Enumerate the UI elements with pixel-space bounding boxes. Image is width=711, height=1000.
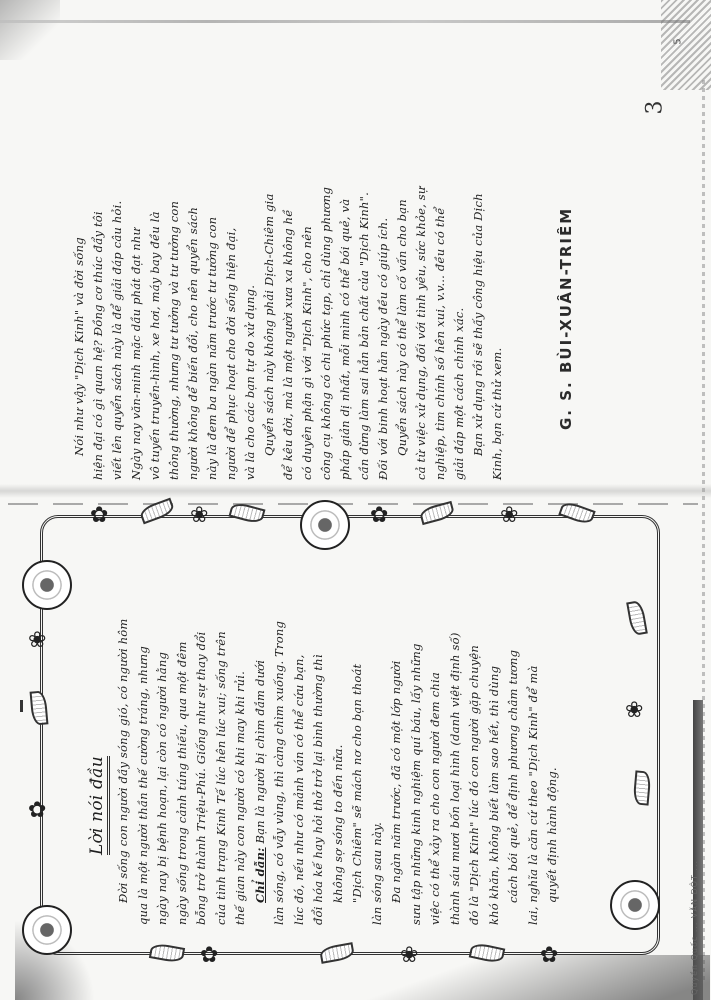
paragraph: Chỉ dẫn: Bạn là người bị chìm đắm dưới l… — [251, 535, 349, 925]
left-page-text: Lời nói đầu Đời sống con người đầy sóng … — [80, 535, 563, 925]
text-line: Chỉ dẫn: Bạn là người bị chìm đắm dưới — [251, 535, 271, 925]
text-line: thông thường, nhưng tư tưởng và tư tưởng… — [165, 100, 184, 480]
text-line: sưu tập những kinh nghiệm quí báu, lấy n… — [407, 535, 427, 925]
text-line: Ngày nay văn-minh mặc dầu phát đạt như — [127, 100, 146, 480]
lotus-flower-icon — [22, 905, 72, 955]
text-line: cách bói quẻ, để định phương châm tương — [504, 535, 524, 925]
flower-icon: ❀ — [28, 630, 46, 652]
right-page-text: Nói như vậy "Dịch Kinh" và đời sống hiện… — [70, 100, 507, 480]
text-line: qua là một người thần thế cường tráng, n… — [134, 535, 154, 925]
book-edge — [0, 20, 690, 23]
library-stamp: Quyền Quốc ... VĂN ĐỘT ... — [690, 860, 699, 995]
text-line: công cụ không có chi phức tạp, chỉ dùng … — [317, 100, 336, 480]
text-line: khó khăn, không biết làm sao hết, thì dù… — [485, 535, 505, 925]
lotus-flower-icon — [22, 560, 72, 610]
flower-icon: ✿ — [370, 505, 388, 527]
text-line: người không để biến đổi, cho nên quyển s… — [184, 100, 203, 480]
paragraph: Đa ngàn năm trước, đã có một lớp người s… — [387, 535, 563, 925]
text-line: nghiệp, tìm chính số hên xui, v.v... đều… — [431, 100, 450, 480]
text-line: và là cho các bạn tự do xử dụng. — [241, 100, 260, 480]
flower-icon: ❀ — [500, 505, 518, 527]
text-line: không sợ sóng to đến nữa. — [329, 535, 349, 925]
lotus-flower-icon — [610, 880, 660, 930]
text-line: Đối với binh hoạt hằn ngày đều có giúp í… — [374, 100, 393, 480]
text-line: cả từ việc xử dụng, đối với tình yêu, sứ… — [412, 100, 431, 480]
text-line: Quyển sách này có thể làm cố vấn cho bạn — [393, 100, 412, 480]
text-line: Đa ngàn năm trước, đã có một lớp người — [387, 535, 407, 925]
paragraph: "Dịch Chiêm" sẽ mách nơ cho bạn thoát là… — [348, 535, 387, 925]
text-line: cần đừng làm sai hẳn bản chất của "Dịch … — [355, 100, 374, 480]
text-line: có duyên phận gì với "Dịch Kinh", cho nê… — [298, 100, 317, 480]
text-line: để kêu đời, mà là một người xưa xa không… — [279, 100, 298, 480]
text-line: lúc đó, nếu như có mảnh ván có thể cứu b… — [290, 535, 310, 925]
text-line: đó là "Dịch Kinh" lúc đó con người gặp c… — [465, 535, 485, 925]
text-line: Đời sống con người đầy sóng gió, có ngườ… — [114, 535, 134, 925]
text-line: này là đem ba ngàn năm trước tư tưởng co… — [203, 100, 222, 480]
text-line: giải đáp một cách chính xác. — [450, 100, 469, 480]
text-line: Kinh, bạn cứ thử xem. — [488, 100, 507, 480]
book-spine-line — [8, 503, 698, 505]
paragraph: Quyển sách này có thể làm cố vấn cho bạn… — [393, 100, 469, 480]
text-line: bỗng trở thành Triệu-Phú. Giống như sự t… — [192, 535, 212, 925]
text-line: pháp giản dị nhất, mỗi mình có thể bói q… — [336, 100, 355, 480]
leaf-icon — [633, 770, 652, 805]
guide-label: Chỉ dẫn: — [253, 847, 267, 903]
text-line: vô tuyến truyền-hình, xe hơi, máy bay đề… — [146, 100, 165, 480]
text-line: ngày sống trong cảnh túng thiếu, qua một… — [173, 535, 193, 925]
text-line: làn sóng sau này. — [368, 535, 388, 925]
flower-icon: ✿ — [540, 945, 558, 967]
paragraph: Quyển sách này không phải Dịch-Chiêm gia… — [260, 100, 393, 480]
text-line: việc có thể xảy ra cho con người đem chi… — [426, 535, 446, 925]
corner-mark: 5 — [673, 38, 684, 44]
text-line: người để phục hoạt cho đời sống hiện đại… — [222, 100, 241, 480]
paragraph: Bạn xử dụng rồi sẽ thấy công hiệu của Dị… — [469, 100, 507, 480]
flower-icon: ✿ — [28, 800, 46, 822]
flower-icon: ✿ — [90, 505, 108, 527]
text-line: của tình trạng Kinh Tế lúc hên lúc xui; … — [212, 535, 232, 925]
text-line: Bạn xử dụng rồi sẽ thấy công hiệu của Dị… — [469, 100, 488, 480]
text-line: thành sáu mươi bốn loại hình (danh việt … — [446, 535, 466, 925]
text-line: hiện đại có gì quan hệ? Đồng cơ thúc đẩy… — [89, 100, 108, 480]
paragraph: Nói như vậy "Dịch Kinh" và đời sống hiện… — [70, 100, 260, 480]
text-line: Nói như vậy "Dịch Kinh" và đời sống — [70, 100, 89, 480]
text-line: Quyển sách này không phải Dịch-Chiêm gia — [260, 100, 279, 480]
book-spine-shadow — [0, 484, 711, 498]
text-line: lai, nghĩa là căn cứ theo "Dịch Kinh" để… — [524, 535, 544, 925]
page-number: 3 — [643, 101, 668, 115]
scan-corner-shadow — [340, 955, 710, 1000]
title-text: Lời nói đầu — [87, 756, 110, 855]
scan-corner-shadow — [661, 0, 711, 90]
text-line: làn sóng, có vẫy vùng, thì càng chìm xuố… — [270, 535, 290, 925]
author-signature: G. S. BÙI-XUÂN-TRIÊM — [557, 207, 575, 430]
flower-icon: ❀ — [400, 945, 418, 967]
text-line: ngày nay bị bệnh hoạn, lại còn có người … — [153, 535, 173, 925]
text-line: viết lên quyển sách này là để giải đáp c… — [108, 100, 127, 480]
page-title: Lời nói đầu — [80, 535, 114, 925]
flower-icon: ❀ — [190, 505, 208, 527]
text-line: đổi hóa kế hay hỏi thở trở lại bình thườ… — [309, 535, 329, 925]
text-span: Bạn là người bị chìm đắm dưới — [253, 660, 267, 844]
text-line: quyết định hành động. — [543, 535, 563, 925]
scan-corner-shadow — [0, 0, 60, 60]
flower-icon: ❀ — [625, 700, 643, 722]
flower-icon: ✿ — [200, 945, 218, 967]
text-line: "Dịch Chiêm" sẽ mách nơ cho bạn thoát — [348, 535, 368, 925]
scan-mark — [20, 700, 23, 712]
paragraph: Đời sống con người đầy sóng gió, có ngườ… — [114, 535, 251, 925]
text-line: thế gian này con người có khi may khi rủ… — [231, 535, 251, 925]
